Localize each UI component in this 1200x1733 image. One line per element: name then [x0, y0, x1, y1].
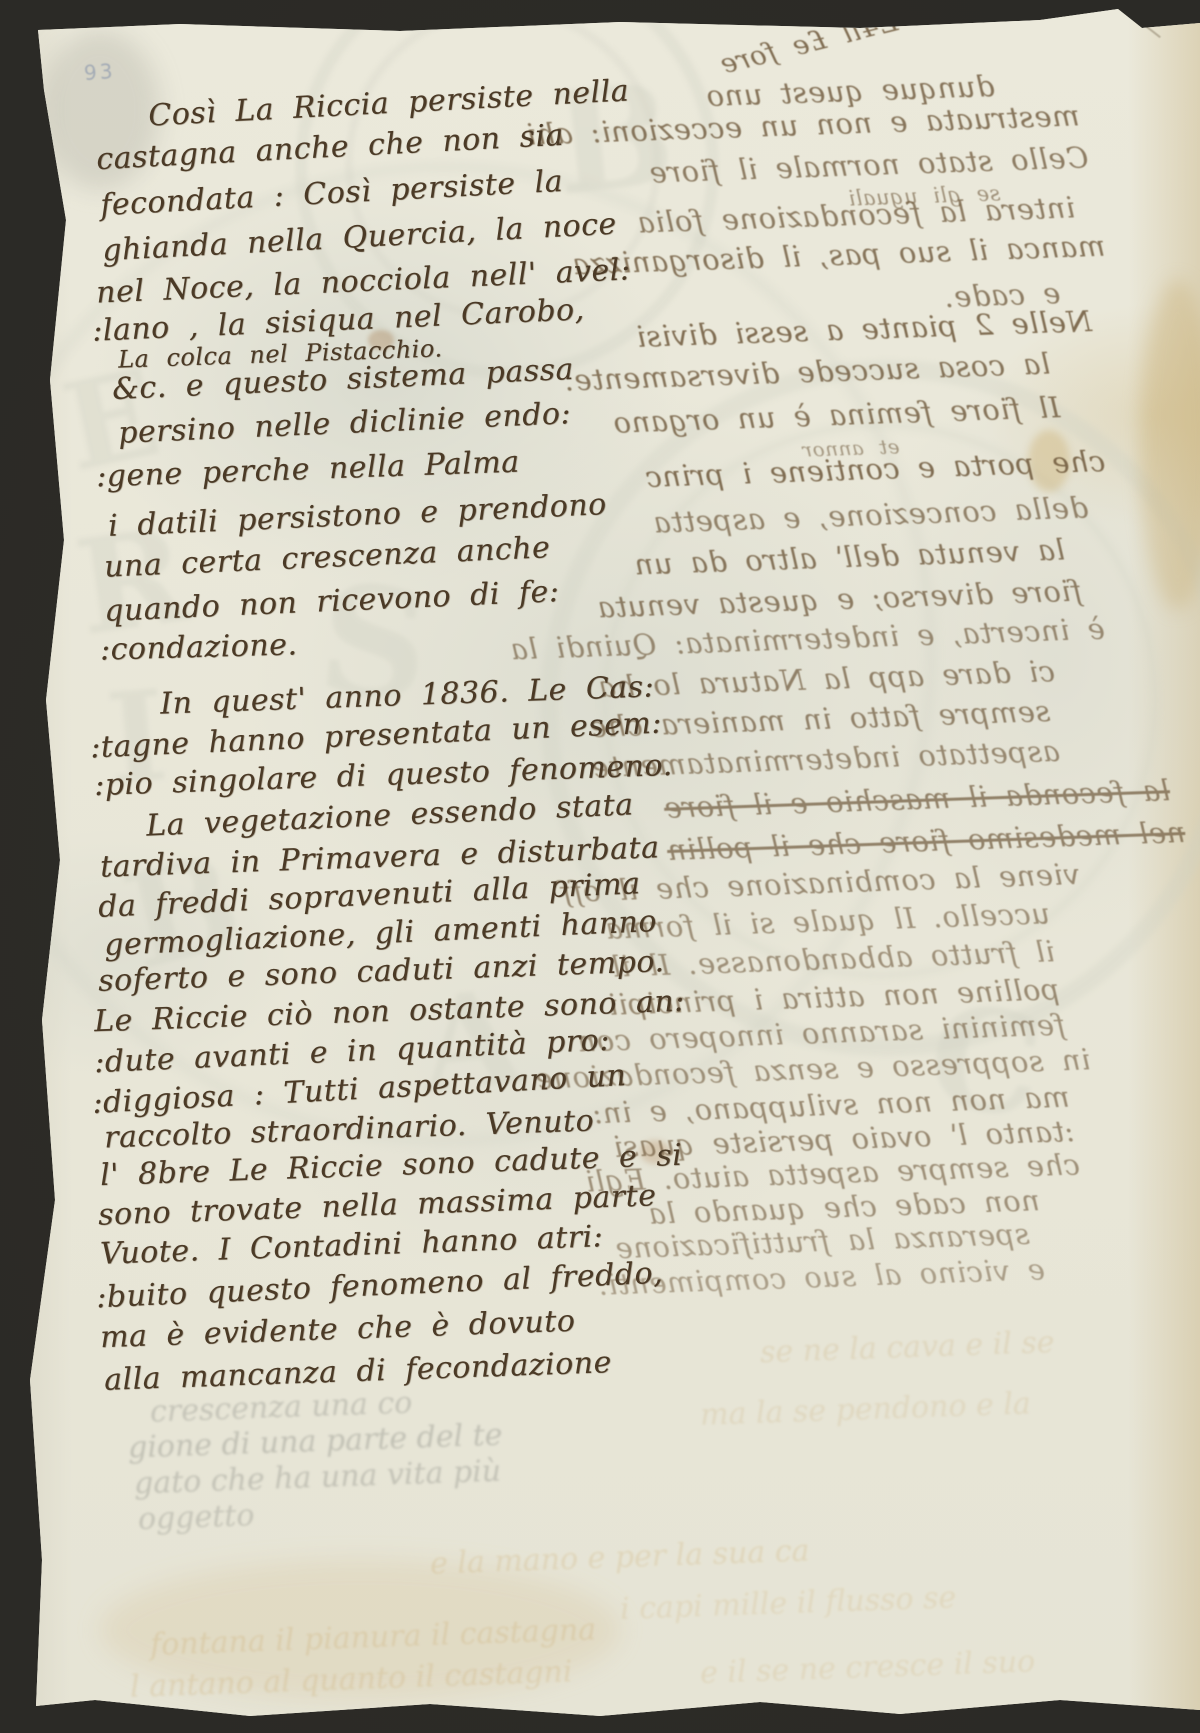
manuscript-line: alla mancanza di fecondazione [104, 1345, 613, 1398]
manuscript-line: persino nelle diclinie endo: [117, 396, 571, 451]
manuscript-line: :gene perche nella Palma [96, 445, 521, 495]
manuscript-line: quando non ricevono di fe: [103, 574, 560, 629]
recto-text-column: Così La Riccia persiste nellacastagna an… [0, 0, 1200, 1733]
scanner-background: BERIBSAC E4ll £e foredunque quest unomes… [0, 0, 1200, 1733]
manuscript-page: BERIBSAC E4ll £e foredunque quest unomes… [0, 0, 1200, 1733]
manuscript-line: :condazione. [100, 627, 298, 667]
page-number-pencil: 93 [83, 59, 116, 85]
